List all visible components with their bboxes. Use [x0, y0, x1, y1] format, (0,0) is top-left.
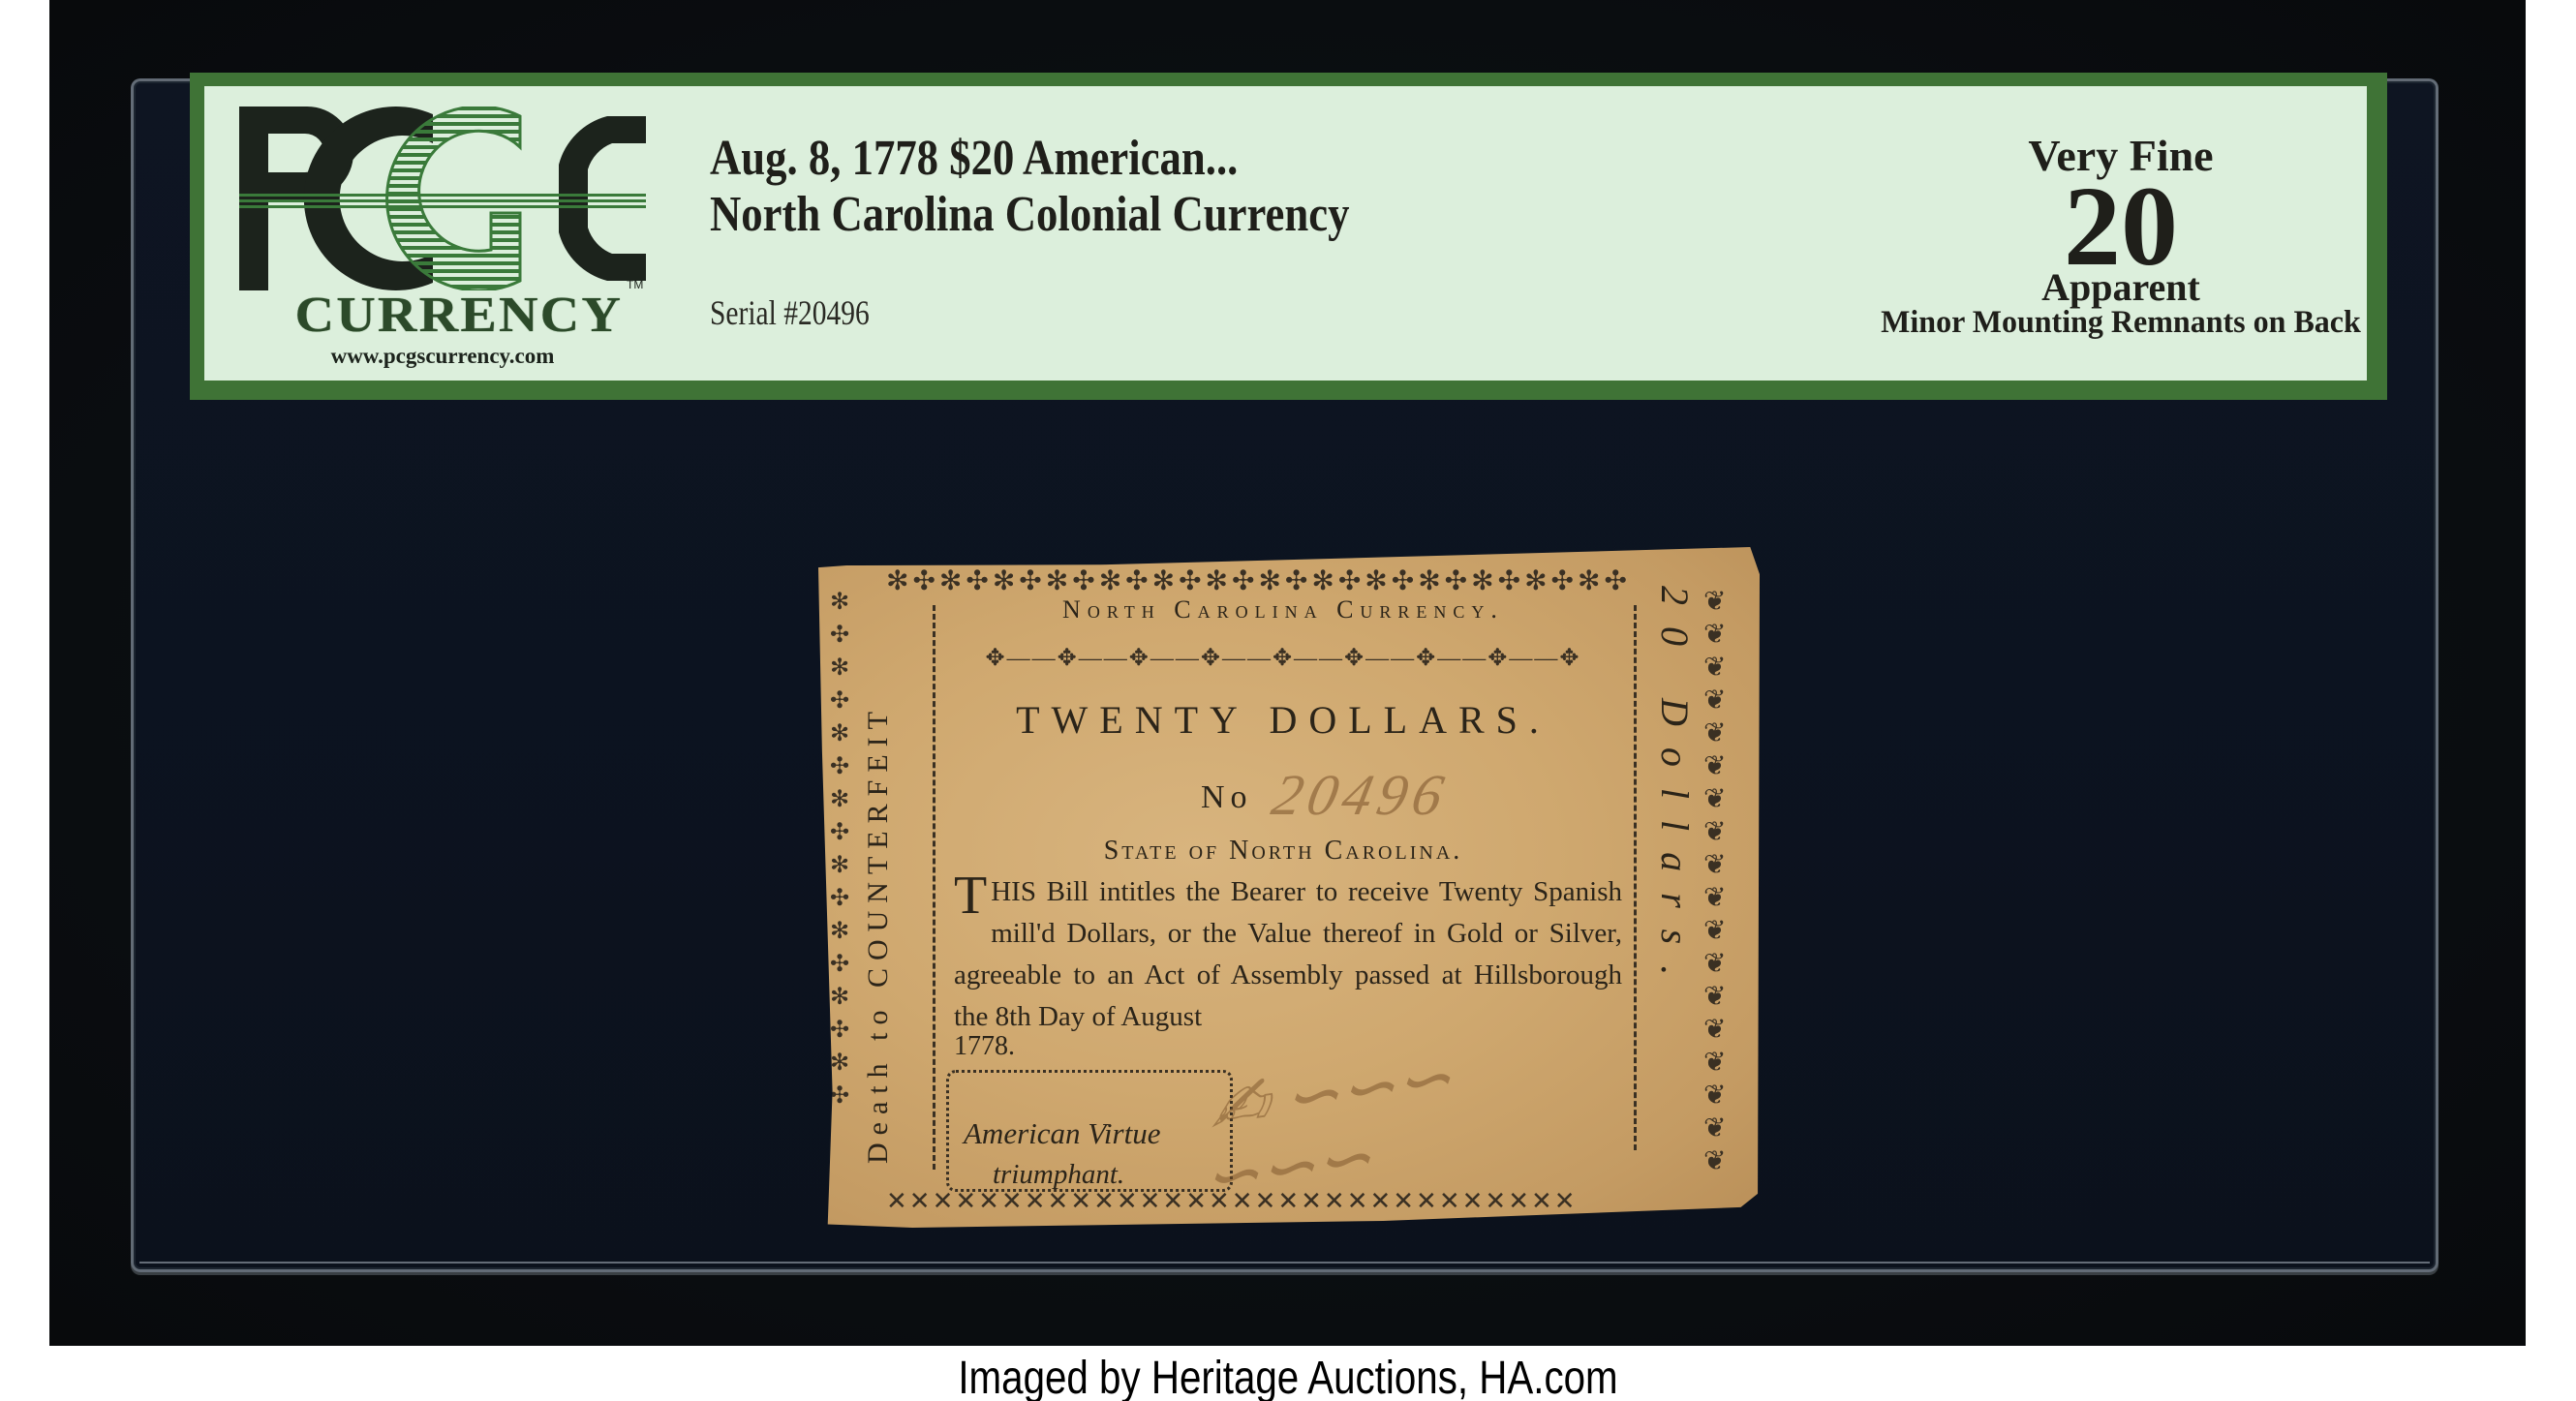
note-subtitle: North Carolina Colonial Currency — [710, 186, 1349, 243]
number-label: No — [1201, 779, 1253, 816]
motto-line-1: American Virtue — [964, 1116, 1160, 1151]
grade-note: Minor Mounting Remnants on Back — [1877, 304, 2365, 341]
right-rule — [1634, 605, 1637, 1150]
note-year: 1778. — [954, 1031, 1015, 1062]
left-ornament-border: ✻✣✻✣✻✣✻✣✻✣✻✣✻✣✻✣ — [830, 586, 859, 1189]
handwritten-serial: 20496 — [1267, 762, 1456, 829]
body-text: HIS Bill intitles the Bearer to receive … — [954, 876, 1622, 1032]
logo-currency-wordmark: CURRENCY — [239, 290, 679, 341]
ornament-divider: ✥——✥——✥——✥——✥——✥——✥——✥——✥ — [954, 644, 1612, 672]
drop-cap: T — [954, 871, 987, 920]
right-ornament-border: ❦❦❦❦❦❦❦❦❦❦❦❦❦❦❦❦❦❦ — [1703, 586, 1738, 1189]
grade-number: 20 — [1869, 182, 2373, 271]
grade-block: Very Fine 20 Apparent Minor Mounting Rem… — [1869, 134, 2373, 341]
denomination: TWENTY DOLLARS. — [954, 697, 1612, 743]
left-rule — [933, 605, 935, 1170]
svg-text:TM: TM — [627, 278, 643, 290]
pcgs-website-url: www.pcgscurrency.com — [239, 344, 646, 369]
vertical-denomination: 20 Dollars. — [1649, 586, 1698, 1167]
state-name: State of North Carolina. — [964, 836, 1603, 867]
grade-qualifier: Apparent — [1869, 271, 2373, 304]
pcgs-logo-icon: TM — [239, 107, 646, 290]
top-ornament-border: ✻✣✻✣✻✣✻✣✻✣✻✣✻✣✻✣✻✣✻✣✻✣✻✣✻✣✻✣ — [886, 564, 1702, 597]
note-header: North Carolina Currency. — [954, 595, 1612, 624]
serial-number: Serial #20496 — [710, 292, 870, 333]
counterfeit-warning: Death to COUNTERFEIT — [862, 663, 920, 1205]
banknote: ✻✣✻✣✻✣✻✣✻✣✻✣✻✣✻✣✻✣✻✣✻✣✻✣✻✣✻✣ ✻✣✻✣✻✣✻✣✻✣✻… — [818, 547, 1760, 1228]
image-credit-caption: Imaged by Heritage Auctions, HA.com — [206, 1352, 2370, 1401]
note-body-text: THIS Bill intitles the Bearer to receive… — [954, 871, 1622, 1038]
note-title: Aug. 8, 1778 $20 American... — [710, 130, 1238, 187]
